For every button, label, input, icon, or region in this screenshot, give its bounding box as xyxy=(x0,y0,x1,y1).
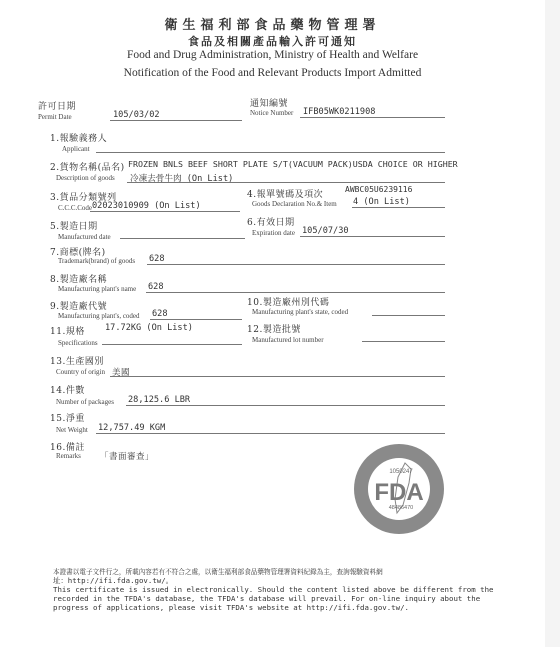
applicant-label-en: Applicant xyxy=(62,145,90,153)
specifications-label-en: Specifications xyxy=(58,339,98,347)
country-of-origin-label-en: Country of origin xyxy=(56,368,105,376)
description-label-en: Description of goods xyxy=(56,174,115,182)
expiration-date-label-en: Expiration date xyxy=(252,229,295,237)
scan-edge xyxy=(545,0,560,647)
expiration-date-value: 105/07/30 xyxy=(302,226,349,236)
plant-state-label-en: Manufacturing plant's state, coded xyxy=(252,308,348,316)
footer-zh-line1: 本證書以電子文件行之，所載內容若有不符合之處，以衛生福利部食品藥物管理署資料紀錄… xyxy=(53,566,383,576)
plant-code-label-en: Manufacturing plant's, coded xyxy=(58,312,140,320)
notice-number-label-en: Notice Number xyxy=(250,109,293,117)
trademark-value: 628 xyxy=(149,254,165,264)
permit-date-label-zh: 許可日期 xyxy=(38,99,76,112)
svg-text:1050247: 1050247 xyxy=(389,469,413,475)
svg-text:48486470: 48486470 xyxy=(389,505,413,511)
lot-number-label-en: Manufactured lot number xyxy=(252,336,324,344)
lot-number-label-zh: 12.製造批號 xyxy=(247,322,301,335)
plant-code-label-zh: 9.製造廠代號 xyxy=(50,299,107,312)
footer-en-line2: recorded in the TFDA's database, the TFD… xyxy=(53,594,480,603)
manufactured-date-label-zh: 5.製造日期 xyxy=(50,219,98,232)
agency-title-en: Food and Drug Administration, Ministry o… xyxy=(0,49,545,61)
description-value-en: FROZEN BNLS BEEF SHORT PLATE S/T(VACUUM … xyxy=(128,159,458,169)
agency-title-zh: 衛生福利部食品藥物管理署 xyxy=(0,14,545,33)
country-of-origin-label-zh: 13.生產國別 xyxy=(50,354,104,367)
expiration-date-label-zh: 6.有效日期 xyxy=(247,215,295,228)
net-weight-label-zh: 15.淨重 xyxy=(50,411,85,424)
packages-label-en: Number of packages xyxy=(56,398,114,406)
plant-code-value: 628 xyxy=(152,309,168,319)
trademark-label-en: Trademark(brand) of goods xyxy=(58,257,135,265)
ccc-code-value: 02023010909 (On List) xyxy=(92,201,201,211)
packages-value: 28,125.6 LBR xyxy=(128,395,190,405)
specifications-value: 17.72KG (On List) xyxy=(105,323,193,333)
applicant-label-zh: 1.報驗義務人 xyxy=(50,131,107,144)
description-label-zh: 2.貨物名稱(品名) xyxy=(50,160,125,173)
goods-declaration-value: 4 (On List) xyxy=(353,197,410,207)
remarks-value: 「書面審查」 xyxy=(100,450,154,462)
ccc-code-label-en: C.C.C.Code xyxy=(58,204,92,212)
seal-fda-text: FDA xyxy=(374,479,423,506)
remarks-label-en: Remarks xyxy=(56,452,81,460)
permit-date-value: 105/03/02 xyxy=(113,110,160,120)
footer-en-line3: progress of applications, please visit T… xyxy=(53,603,409,612)
packages-label-zh: 14.件數 xyxy=(50,383,85,396)
net-weight-value: 12,757.49 KGM xyxy=(98,423,165,433)
footer-en-line1: This certificate is issued in electronic… xyxy=(53,585,494,594)
goods-declaration-value-top: AWBC05U6239116 xyxy=(345,185,412,194)
plant-name-value: 628 xyxy=(148,282,164,292)
specifications-label-zh: 11.規格 xyxy=(50,324,85,337)
notice-title-en: Notification of the Food and Relevant Pr… xyxy=(0,67,545,79)
net-weight-label-en: Net Weight xyxy=(56,426,88,434)
footer-zh-line2: 址：http://ifi.fda.gov.tw/。 xyxy=(53,576,173,585)
notice-number-label-zh: 通知編號 xyxy=(250,96,288,109)
plant-state-label-zh: 10.製造廠州別代碼 xyxy=(247,295,329,308)
fda-seal-icon: FDA 1050247 48486470 xyxy=(353,443,445,535)
permit-date-label-en: Permit Date xyxy=(38,113,72,121)
goods-declaration-label-zh: 4.報單號碼及項次 xyxy=(247,187,323,200)
goods-declaration-label-en: Goods Declaration No.& Item xyxy=(252,200,337,208)
notice-number-value: IFB05WK0211908 xyxy=(303,107,375,117)
plant-name-label-en: Manufacturing plant's name xyxy=(58,285,136,293)
plant-name-label-zh: 8.製造廠名稱 xyxy=(50,272,107,285)
notice-title-zh: 食品及相關產品輸入許可通知 xyxy=(0,33,545,49)
manufactured-date-label-en: Manufactured date xyxy=(58,233,111,241)
import-notification-document: 衛生福利部食品藥物管理署 食品及相關產品輸入許可通知 Food and Drug… xyxy=(0,0,545,647)
